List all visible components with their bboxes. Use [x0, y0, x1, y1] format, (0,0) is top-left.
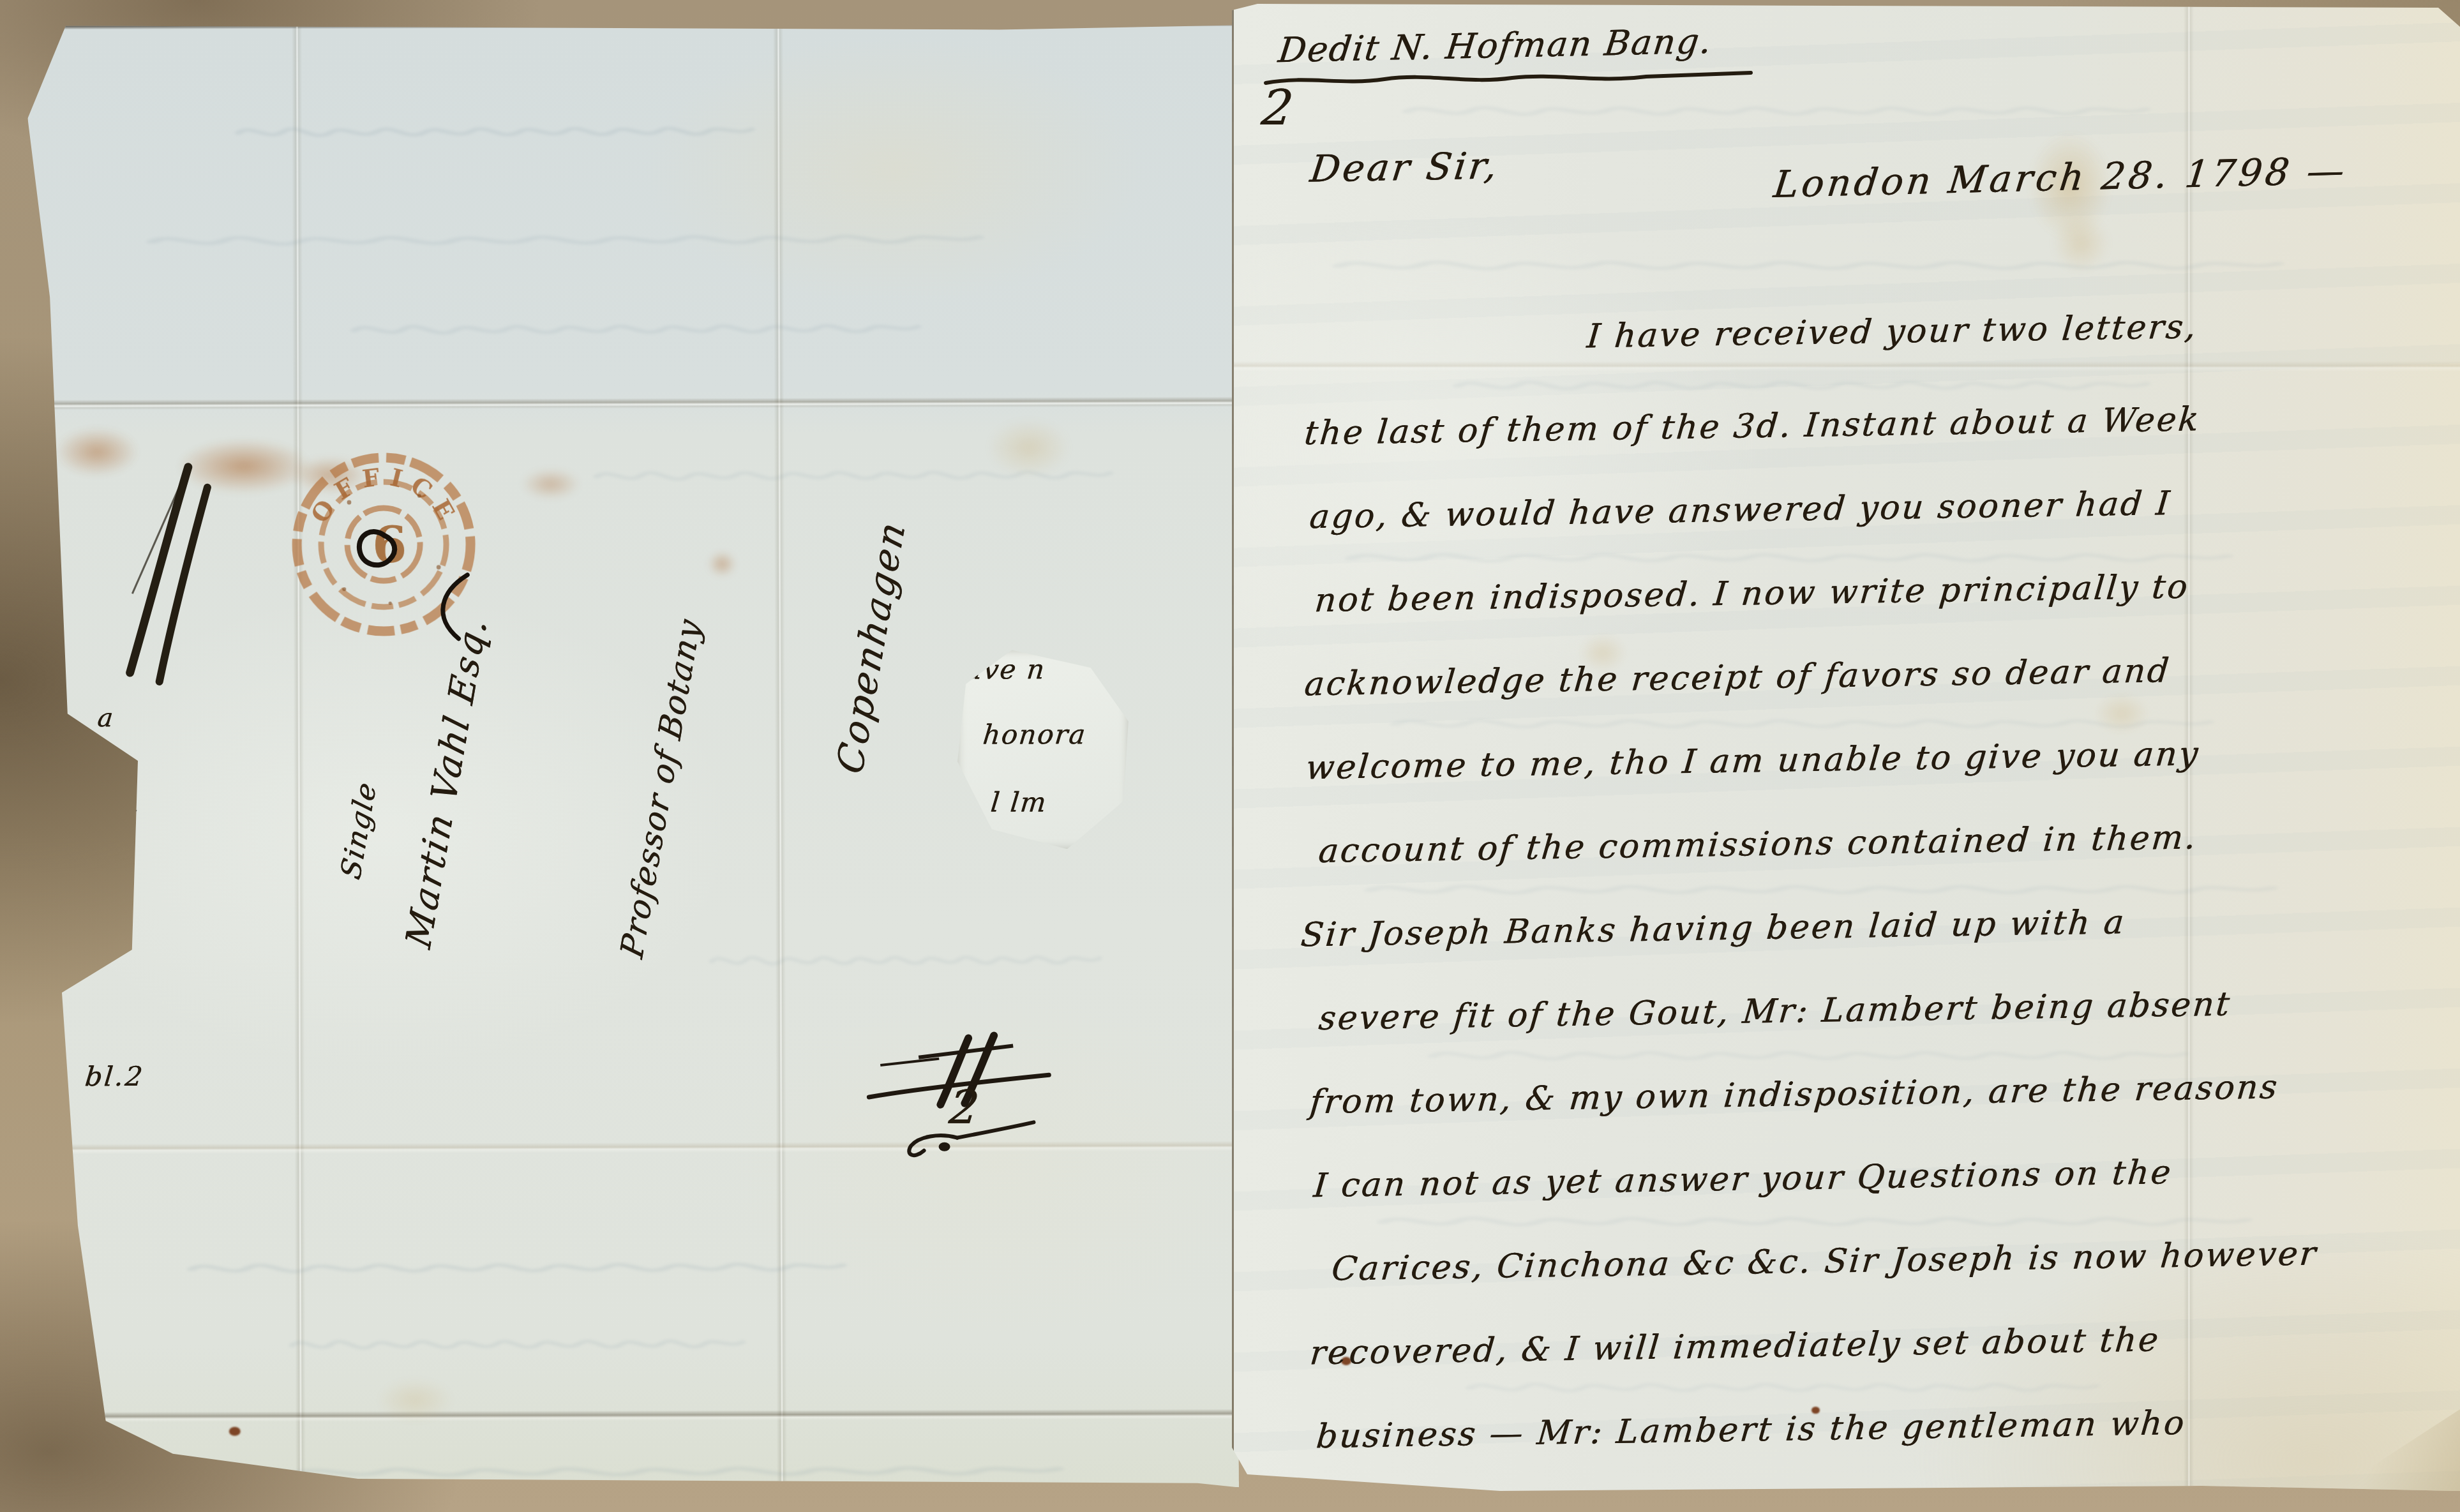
- seal-fragment-line: ave n: [964, 654, 1047, 685]
- address-title-line: Professor of Botany: [613, 615, 708, 962]
- right-page-letter-leaf: Dedit N. Hofman Bang. 2 Dear Sir, London…: [1232, 4, 2460, 1491]
- seal-tear-patch: ave n honora l lm: [957, 650, 1129, 850]
- letter-line: the last of them of the 3d. Instant abou…: [1303, 400, 2202, 453]
- wax-stain: [708, 551, 736, 577]
- letter-line: ago, & would have answered you sooner ha…: [1308, 484, 2173, 536]
- letter-line: account of the commissions contained in …: [1317, 818, 2199, 871]
- ghost-writing: [349, 317, 923, 340]
- ghost-writing: [122, 1459, 1067, 1483]
- letter-line: I have received your two letters,: [1586, 308, 2199, 356]
- letter-line: recovered, & I will immediately set abou…: [1309, 1321, 2162, 1372]
- letter-line: not been indisposed. I now write princip…: [1313, 568, 2191, 620]
- scan-background: a ast bl.2 OFFICE 6 Single Martin Vahl E…: [0, 0, 2460, 1512]
- ghost-writing: [185, 1255, 849, 1279]
- letter-line: acknowledge the receipt of favors so dea…: [1303, 652, 2172, 703]
- fold-crease-horizontal: [17, 397, 1236, 410]
- ghost-writing: [287, 1333, 747, 1356]
- address-recipient: Martin Vahl Esq.: [398, 612, 495, 953]
- edge-fragment: ast: [88, 799, 140, 832]
- postal-rate-mark: 2: [862, 1025, 1054, 1172]
- seal-fragment-line: l lm: [989, 786, 1049, 818]
- paper-stain: [377, 1378, 454, 1423]
- ink-speck: [229, 1427, 241, 1436]
- letter-line: Sir Joseph Banks having been laid up wit…: [1299, 903, 2127, 954]
- letter-line: welcome to me, tho I am unable to give y…: [1304, 735, 2201, 787]
- ghost-writing: [708, 948, 1104, 971]
- fold-crease-horizontal: [19, 1141, 1238, 1154]
- wax-stain: [521, 468, 580, 499]
- postal-rate-digit: 2: [947, 1081, 981, 1134]
- paper-stain: [987, 419, 1070, 476]
- address-city: Copenhagen: [829, 516, 914, 779]
- seal-fragment-line: honora: [981, 719, 1088, 750]
- left-page-address-leaf: a ast bl.2 OFFICE 6 Single Martin Vahl E…: [16, 23, 1239, 1491]
- letter-body: I have received your two letters, the la…: [1234, 0, 2460, 1491]
- edge-fragment: bl.2: [84, 1061, 146, 1092]
- letter-line: Carices, Cinchona &c &c. Sir Joseph is n…: [1330, 1235, 2319, 1289]
- edge-fragment: a: [96, 703, 116, 733]
- letter-line: business — Mr: Lambert is the gentleman …: [1315, 1404, 2187, 1456]
- letter-line: severe fit of the Gout, Mr: Lambert bein…: [1317, 985, 2233, 1038]
- address-rate-word: Single: [335, 778, 383, 883]
- letter-line: I can not as yet answer your Questions o…: [1312, 1153, 2173, 1205]
- edge-mark-double-slash: [107, 460, 216, 689]
- fold-crease-horizontal: [20, 1409, 1239, 1422]
- letter-line: from town, & my own indisposition, are t…: [1308, 1068, 2280, 1121]
- ghost-writing: [144, 228, 987, 251]
- ghost-writing: [233, 119, 756, 142]
